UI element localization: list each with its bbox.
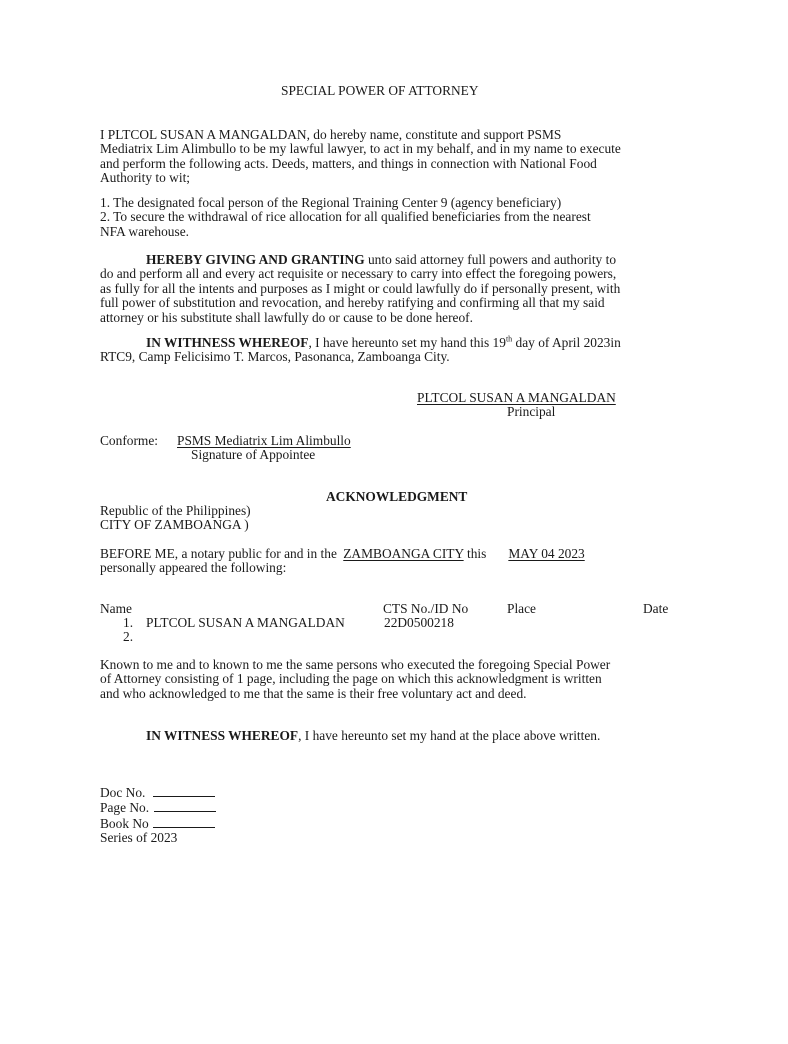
act-item: 1. The designated focal person of the Re…	[100, 196, 700, 210]
notary-date: MAY 04 2023	[508, 546, 584, 561]
acts-list: 1. The designated focal person of the Re…	[100, 196, 700, 239]
intro-line: Authority to wit;	[100, 171, 700, 185]
book-no-label: Book No	[100, 816, 149, 831]
intro-paragraph: I PLTCOL SUSAN A MANGALDAN, do hereby na…	[100, 128, 700, 186]
conforme-role: Signature of Appointee	[191, 448, 315, 462]
witness-closing-heading: IN WITNESS WHEREOF	[146, 728, 298, 743]
book-no-blank	[153, 816, 215, 828]
conforme-label: Conforme:	[100, 434, 158, 448]
row-number: 2.	[123, 630, 133, 644]
venue-block: Republic of the Philippines) CITY OF ZAM…	[100, 504, 700, 533]
row-id: 22D0500218	[384, 616, 454, 630]
col-header-place: Place	[507, 602, 536, 616]
document-title: SPECIAL POWER OF ATTORNEY	[281, 84, 479, 98]
before-me-paragraph: BEFORE ME, a notary public for and in th…	[100, 547, 740, 576]
doc-no-blank	[153, 785, 215, 797]
doc-no-label: Doc No.	[100, 785, 145, 800]
page-no-blank	[154, 800, 216, 812]
witness-closing: IN WITNESS WHEREOF, I have hereunto set …	[100, 729, 700, 743]
notarial-register: Doc No. Page No. Book No Series of 2023	[100, 785, 700, 846]
acknowledgment-title: ACKNOWLEDGMENT	[326, 490, 467, 504]
notary-city: ZAMBOANGA CITY	[343, 546, 463, 561]
page-no-label: Page No.	[100, 800, 149, 815]
known-paragraph: Known to me and to known to me the same …	[100, 658, 700, 701]
series-label: Series of 2023	[100, 831, 700, 845]
granting-heading: HEREBY GIVING AND GRANTING	[146, 252, 365, 267]
col-header-date: Date	[643, 602, 668, 616]
principal-role: Principal	[507, 405, 555, 419]
intro-line: Mediatrix Lim Alimbullo to be my lawful …	[100, 142, 700, 156]
intro-line: I PLTCOL SUSAN A MANGALDAN, do hereby na…	[100, 128, 700, 142]
witness-paragraph: IN WITHNESS WHEREOF, I have hereunto set…	[100, 336, 700, 365]
row-name: PLTCOL SUSAN A MANGALDAN	[146, 616, 345, 630]
act-item: NFA warehouse.	[100, 225, 700, 239]
granting-paragraph: HEREBY GIVING AND GRANTING unto said att…	[100, 253, 700, 325]
act-item: 2. To secure the withdrawal of rice allo…	[100, 210, 700, 224]
witness-heading: IN WITHNESS WHEREOF	[146, 335, 308, 350]
intro-line: and perform the following acts. Deeds, m…	[100, 157, 700, 171]
